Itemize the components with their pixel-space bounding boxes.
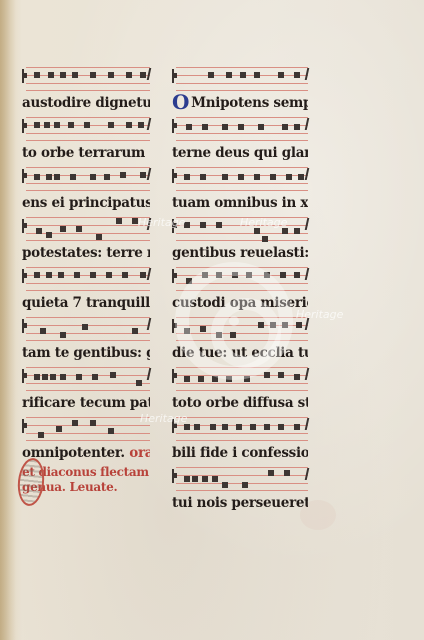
illuminated-initial: O [172,92,189,112]
chant-text-line: omnipotenter. oracio [22,442,150,464]
chant-text-line: terne deus qui glam [172,142,308,164]
music-staff [22,264,150,291]
clef-icon [22,169,24,183]
clef-icon [172,319,174,333]
chant-text-line: tui nois perseueret: [172,492,308,514]
chant-text-line: rificare tecum patre [22,392,150,414]
left-column: austodire dignetur do to orbe terrarum s… [22,64,150,494]
chant-text-line: ens ei principatus et [22,192,150,214]
music-staff [22,114,150,141]
chant-text-line: tam te gentibus: glo [22,342,150,364]
clef-icon [22,369,24,383]
manuscript-page: austodire dignetur do to orbe terrarum s… [0,0,424,640]
watermark-text: Heritage [296,308,343,321]
chant-text: Mnipotens sempi [191,95,308,111]
clef-icon [22,69,24,83]
chant-text-line: potestates: terre nob [22,242,150,264]
watermark-logo [175,262,293,380]
clef-icon [172,369,174,383]
clef-icon [172,469,174,483]
music-staff [22,64,150,91]
music-staff [172,464,308,491]
watermark-text: Heritage [240,216,287,229]
clef-icon [172,169,174,183]
chant-text-line: tuam omnibus in xpo [172,192,308,214]
music-staff [22,364,150,391]
music-staff [172,164,308,191]
watermark-text: Heritage [138,216,185,229]
music-staff [172,414,308,441]
chant-text-line: to orbe terrarum subia [22,142,150,164]
chant-text-line: quieta 7 tranquilla ui [22,292,150,314]
music-staff [22,414,150,441]
binding-gutter-shadow [0,0,16,640]
rubric-text: oracio [129,445,150,461]
chant-text: omnipotenter. [22,445,125,461]
clef-icon [172,119,174,133]
chant-text-line: toto orbe diffusa sta [172,392,308,414]
clef-icon [22,269,24,283]
clef-icon [22,319,24,333]
music-staff [22,314,150,341]
music-staff [172,64,308,91]
chant-text-line: austodire dignetur do [22,92,150,114]
music-staff [22,214,150,241]
chant-text-line: bili fide i confessione [172,442,308,464]
clef-icon [172,69,174,83]
clef-icon [22,419,24,433]
clef-icon [22,219,24,233]
watermark-text: Heritage [140,412,187,425]
clef-icon [22,119,24,133]
music-staff [22,164,150,191]
chant-text-line: OMnipotens sempi [172,92,308,114]
chant-text-line: gentibus reuelasti: [172,242,308,264]
music-staff [172,114,308,141]
clef-icon [172,269,174,283]
